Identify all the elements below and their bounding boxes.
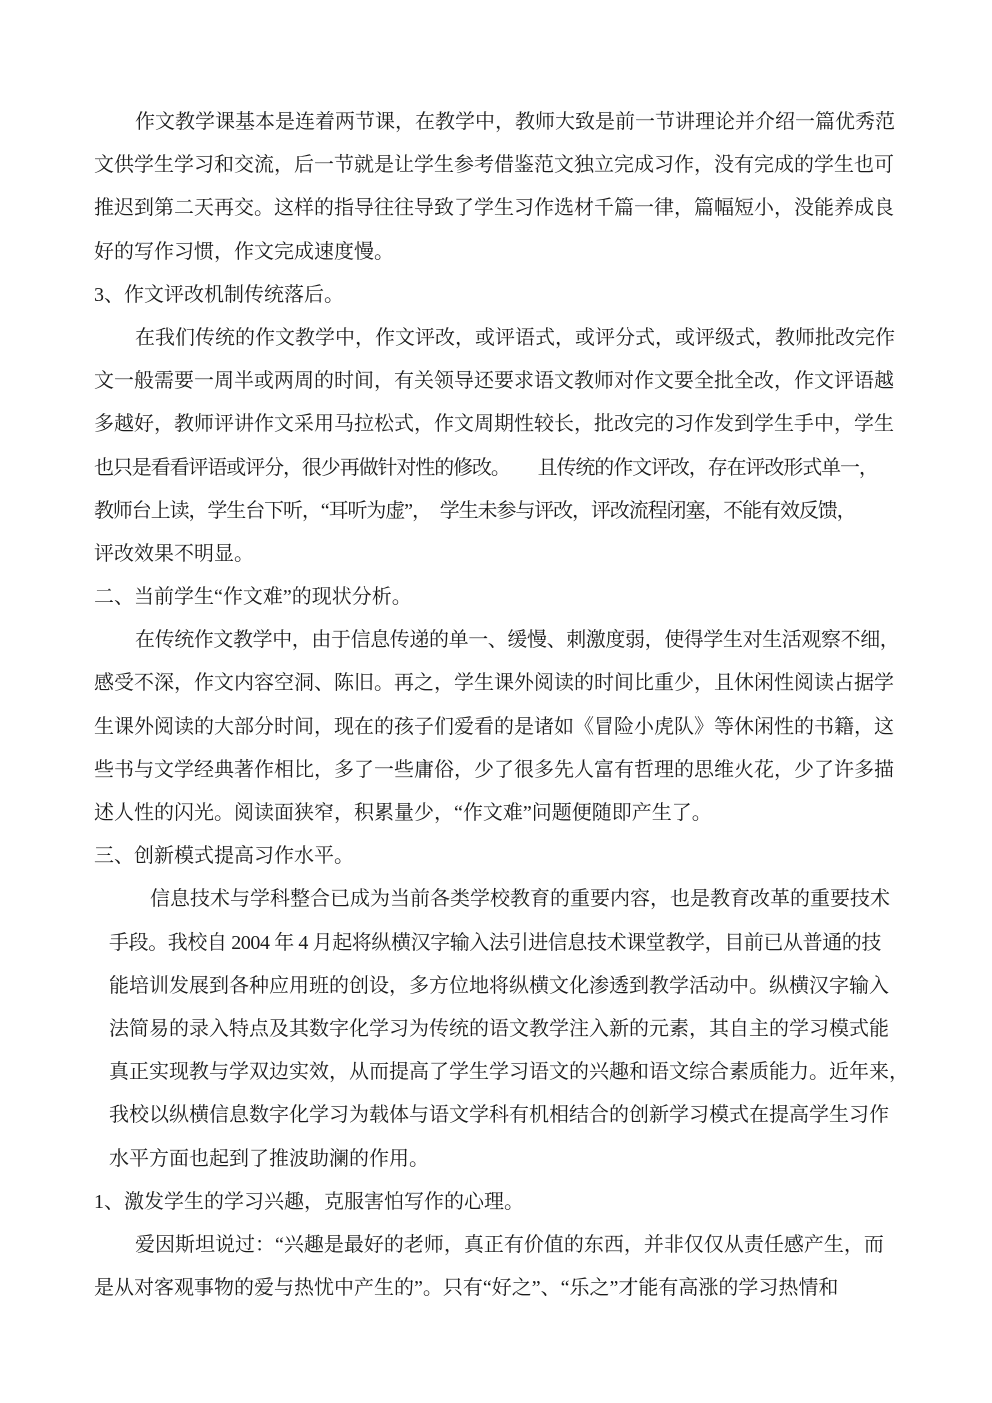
body-text-line: 法简易的录入特点及其数字化学习为传统的语文教学注入新的元素，其自主的学习模式能 xyxy=(109,1008,902,1051)
body-text-line: 在传统作文教学中，由于信息传递的单一、缓慢、刺激度弱，使得学生对生活观察不细， xyxy=(94,619,902,662)
body-text-line: 水平方面也起到了推波助澜的作用。 xyxy=(109,1138,902,1181)
body-text-line: 爱因斯坦说过：“兴趣是最好的老师，真正有价值的东西，并非仅仅从责任感产生，而 xyxy=(94,1224,902,1267)
body-text-line: 感受不深，作文内容空洞、陈旧。再之，学生课外阅读的时间比重少，且休闲性阅读占据学 xyxy=(94,662,902,705)
body-text-line: 推迟到第二天再交。这样的指导往往导致了学生习作选材千篇一律，篇幅短小，没能养成良 xyxy=(94,187,902,230)
body-text-line: 文供学生学习和交流，后一节就是让学生参考借鉴范文独立完成习作，没有完成的学生也可 xyxy=(94,144,902,187)
body-text-line: 手段。我校自 2004 年 4 月起将纵横汉字输入法引进信息技术课堂教学，目前已… xyxy=(109,922,902,965)
body-text-line: 文一般需要一周半或两周的时间，有关领导还要求语文教师对作文要全批全改，作文评语越 xyxy=(94,360,902,403)
body-text-line: 能培训发展到各种应用班的创设，多方位地将纵横文化渗透到教学活动中。纵横汉字输入 xyxy=(109,965,902,1008)
body-text-line: 作文教学课基本是连着两节课，在教学中，教师大致是前一节讲理论并介绍一篇优秀范 xyxy=(94,101,902,144)
body-text-line: 教师台上读，学生台下听，“耳听为虚”， 学生未参与评改，评改流程闭塞，不能有效反… xyxy=(94,490,902,533)
section-heading-line: 三、创新模式提高习作水平。 xyxy=(94,835,902,878)
body-text-line: 是从对客观事物的爱与热忧中产生的”。只有“好之”、“乐之”才能有高涨的学习热情和 xyxy=(94,1267,902,1310)
body-text-line: 我校以纵横信息数字化学习为载体与语文学科有机相结合的创新学习模式在提高学生习作 xyxy=(109,1094,902,1137)
body-text-line: 些书与文学经典著作相比，多了一些庸俗，少了很多先人富有哲理的思维火花，少了许多描 xyxy=(94,749,902,792)
section-heading-line: 3、作文评改机制传统落后。 xyxy=(94,274,902,317)
body-text-line: 也只是看看评语或评分，很少再做针对性的修改。 且传统的作文评改，存在评改形式单一… xyxy=(94,447,902,490)
body-text-line: 述人性的闪光。阅读面狭窄，积累量少，“作文难”问题便随即产生了。 xyxy=(94,792,902,835)
section-heading-line: 1、激发学生的学习兴趣，克服害怕写作的心理。 xyxy=(94,1181,902,1224)
document-page: 作文教学课基本是连着两节课，在教学中，教师大致是前一节讲理论并介绍一篇优秀范 文… xyxy=(0,0,992,1403)
body-text-line: 信息技术与学科整合已成为当前各类学校教育的重要内容，也是教育改革的重要技术 xyxy=(109,878,902,921)
section-heading-line: 二、当前学生“作文难”的现状分析。 xyxy=(94,576,902,619)
body-text-line: 生课外阅读的大部分时间，现在的孩子们爱看的是诸如《冒险小虎队》等休闲性的书籍，这 xyxy=(94,706,902,749)
body-text-line: 真正实现教与学双边实效，从而提高了学生学习语文的兴趣和语文综合素质能力。近年来， xyxy=(109,1051,902,1094)
body-text-line: 好的写作习惯，作文完成速度慢。 xyxy=(94,231,902,274)
body-text-line: 在我们传统的作文教学中，作文评改，或评语式，或评分式，或评级式，教师批改完作 xyxy=(94,317,902,360)
body-text-line: 评改效果不明显。 xyxy=(94,533,902,576)
body-text-line: 多越好，教师评讲作文采用马拉松式，作文周期性较长，批改完的习作发到学生手中，学生 xyxy=(94,403,902,446)
